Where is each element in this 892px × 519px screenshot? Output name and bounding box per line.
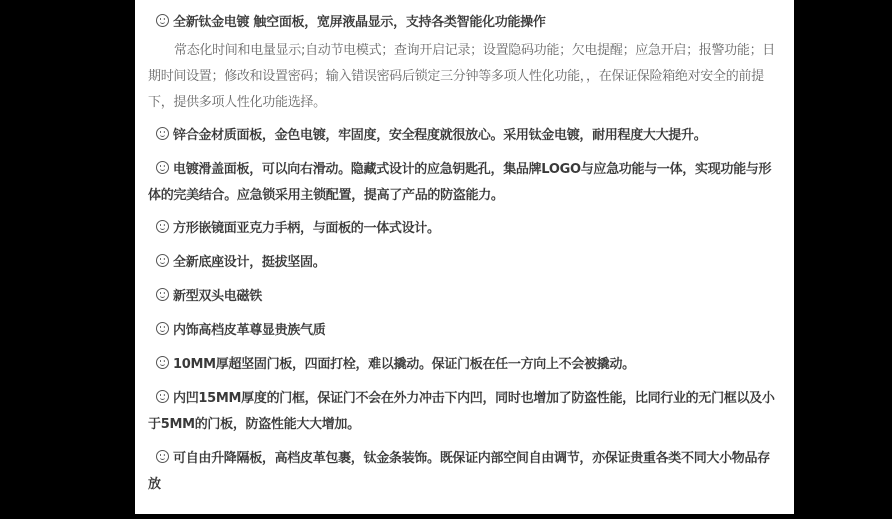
feature-item: 新型双头电磁铁 <box>148 284 776 310</box>
feature-item: 10MM厚超坚固门板，四面打栓，难以撬动。保证门板在任一方向上不会被撬动。 <box>148 352 776 378</box>
smiley-icon <box>156 322 169 335</box>
smiley-icon <box>156 390 169 403</box>
smiley-icon <box>156 288 169 301</box>
feature-item: 方形嵌镜面亚克力手柄，与面板的一体式设计。 <box>148 216 776 242</box>
smiley-icon <box>156 161 169 174</box>
feature-item: 内凹15MM厚度的门框，保证门不会在外力冲击下内凹，同时也增加了防盗性能，比同行… <box>148 386 776 438</box>
feature-text: 可自由升降隔板，高档皮革包裹，钛金条装饰。既保证内部空间自由调节，亦保证贵重各类… <box>148 451 770 492</box>
feature-text: 锌合金材质面板，金色电镀，牢固度，安全程度就很放心。采用钛金电镀，耐用程度大大提… <box>173 128 706 143</box>
feature-text: 全新底座设计，挺拔坚固。 <box>173 255 325 270</box>
feature-text: 新型双头电磁铁 <box>173 289 262 304</box>
smiley-icon <box>156 14 169 27</box>
smiley-icon <box>156 254 169 267</box>
intro-heading: 全新钛金电镀 触空面板，宽屏液晶显示，支持各类智能化功能操作 <box>148 10 776 36</box>
feature-item: 电镀滑盖面板，可以向右滑动。隐藏式设计的应急钥匙孔，集品牌LOGO与应急功能与一… <box>148 157 776 209</box>
feature-text: 内凹15MM厚度的门框，保证门不会在外力冲击下内凹，同时也增加了防盗性能，比同行… <box>148 391 775 432</box>
smiley-icon <box>156 450 169 463</box>
smiley-icon <box>156 127 169 140</box>
feature-text: 电镀滑盖面板，可以向右滑动。隐藏式设计的应急钥匙孔，集品牌LOGO与应急功能与一… <box>148 162 771 203</box>
feature-text: 内饰高档皮革尊显贵族气质 <box>173 323 325 338</box>
feature-item: 可自由升降隔板，高档皮革包裹，钛金条装饰。既保证内部空间自由调节，亦保证贵重各类… <box>148 446 776 498</box>
intro-heading-text: 全新钛金电镀 触空面板，宽屏液晶显示，支持各类智能化功能操作 <box>173 15 546 30</box>
feature-text: 方形嵌镜面亚克力手柄，与面板的一体式设计。 <box>173 221 440 236</box>
intro-description: 常态化时间和电量显示;自动节电模式；查询开启记录；设置隐码功能；欠电提醒；应急开… <box>148 38 776 116</box>
smiley-icon <box>156 220 169 233</box>
document-panel: 全新钛金电镀 触空面板，宽屏液晶显示，支持各类智能化功能操作 常态化时间和电量显… <box>135 0 794 514</box>
feature-item: 内饰高档皮革尊显贵族气质 <box>148 318 776 344</box>
feature-item: 全新底座设计，挺拔坚固。 <box>148 250 776 276</box>
feature-item: 锌合金材质面板，金色电镀，牢固度，安全程度就很放心。采用钛金电镀，耐用程度大大提… <box>148 123 776 149</box>
feature-text: 10MM厚超坚固门板，四面打栓，难以撬动。保证门板在任一方向上不会被撬动。 <box>173 357 635 372</box>
smiley-icon <box>156 356 169 369</box>
